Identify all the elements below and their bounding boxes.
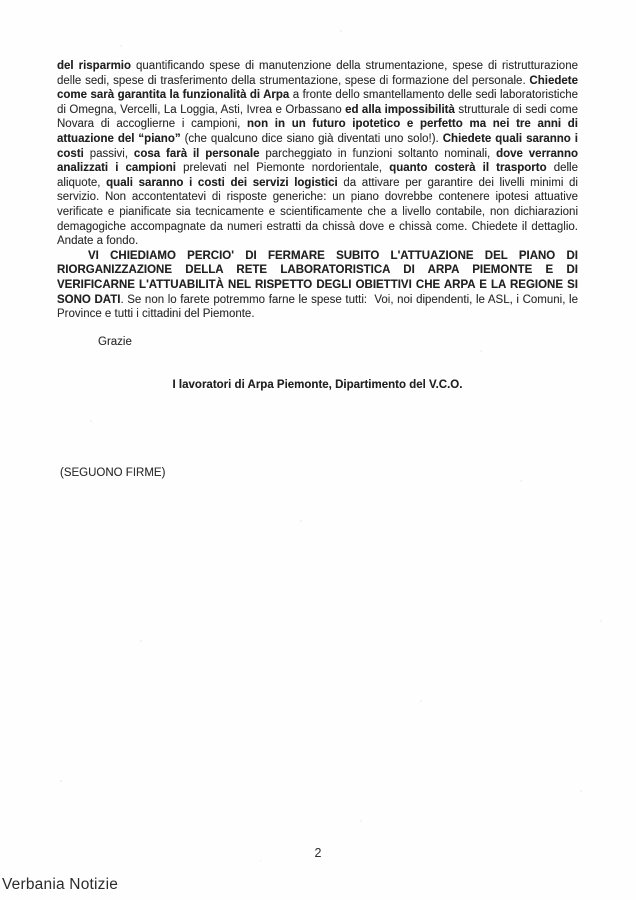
- text-run-bold: quanto costerà il trasporto: [389, 162, 546, 174]
- site-watermark: Verbania Notizie: [2, 876, 118, 894]
- page-number: 2: [0, 846, 636, 860]
- signature-line: I lavoratori di Arpa Piemonte, Dipartime…: [57, 378, 578, 393]
- scanned-document-page: del risparmio quantificando spese di man…: [0, 0, 636, 900]
- text-run: . Se non lo farete potremmo farne le spe…: [57, 294, 578, 321]
- text-run-bold: ed alla impossibilità: [345, 104, 455, 116]
- document-text: del risparmio quantificando spese di man…: [57, 59, 578, 480]
- text-run: parcheggiato in funzioni soltanto nomina…: [260, 148, 497, 160]
- text-run-bold: cosa farà il personale: [134, 148, 260, 160]
- text-run: passivi,: [84, 148, 134, 160]
- thanks-line: Grazie: [57, 335, 578, 350]
- paragraph-continuation: del risparmio quantificando spese di man…: [57, 59, 578, 249]
- text-run: prelevati nel Piemonte nordorientale,: [176, 162, 389, 174]
- paragraph-appeal: VI CHIEDIAMO PERCIO' DI FERMARE SUBITO L…: [57, 249, 578, 322]
- text-run-bold: del risparmio: [57, 60, 131, 72]
- seguono-firme-note: (SEGUONO FIRME): [57, 466, 578, 481]
- text-run: (che qualcuno dice siano già diventati u…: [181, 133, 443, 145]
- text-run: quantificando spese di manutenzione dell…: [57, 60, 578, 87]
- scan-noise-specks: [0, 0, 2, 2]
- text-run-bold: quali saranno i costi dei servizi logist…: [106, 177, 338, 189]
